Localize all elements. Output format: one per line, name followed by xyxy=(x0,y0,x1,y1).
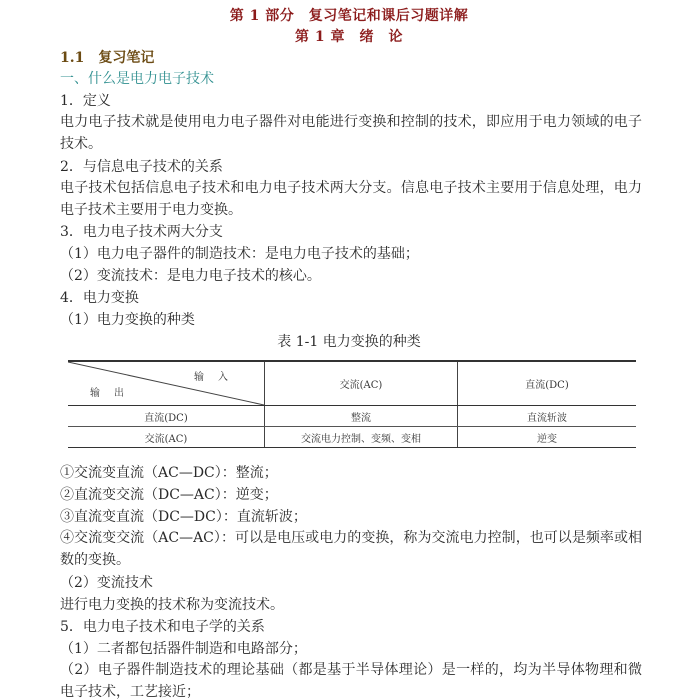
electronics-item-2: （2）电子器件制造技术的理论基础（都是基于半导体理论）是一样的，均为半导体物理和… xyxy=(60,659,642,700)
table-caption: 表 1-1 电力变换的种类 xyxy=(0,331,698,351)
column-header: 直流(DC) xyxy=(458,361,637,406)
definition-heading: 1．定义 xyxy=(60,91,111,111)
definition-text: 电力电子技术就是使用电力电子器件对电能进行变换和控制的技术，即应用于电力领域的电… xyxy=(60,111,642,155)
table-cell: 逆变 xyxy=(458,427,637,448)
part-title: 第 1 部分 复习笔记和课后习题详解 xyxy=(0,5,698,25)
list-item-2: ②直流变交流（DC—AC）：逆变； xyxy=(60,485,278,505)
corner-output-label: 输出 xyxy=(90,384,138,399)
conversion-tech-heading: （2）变流技术 xyxy=(60,573,153,593)
relation-text: 电子技术包括信息电子技术和电力电子技术两大分支。信息电子技术主要用于信息处理，电… xyxy=(60,177,642,221)
branch-item-2: （2）变流技术：是电力电子技术的核心。 xyxy=(60,266,321,286)
conversion-heading: 4．电力变换 xyxy=(60,288,139,308)
corner-input-label: 输入 xyxy=(194,368,242,383)
table-row: 直流(DC) 整流 直流斩波 xyxy=(68,406,636,427)
chapter-title: 第 1 章 绪 论 xyxy=(0,26,698,46)
table-cell: 直流斩波 xyxy=(458,406,637,427)
relation-heading: 2．与信息电子技术的关系 xyxy=(60,157,223,177)
electronics-item-1: （1）二者都包括器件制造和电路部分； xyxy=(60,639,307,659)
conversion-table: 输入 输出 交流(AC) 直流(DC) 直流(DC) 整流 直流斩波 交流(AC… xyxy=(68,360,636,448)
branch-item-1: （1）电力电子器件的制造技术：是电力电子技术的基础； xyxy=(60,244,419,264)
conversion-kinds-heading: （1）电力变换的种类 xyxy=(60,310,195,330)
section-heading: 1.1 复习笔记 xyxy=(60,48,154,68)
document-page: 第 1 部分 复习笔记和课后习题详解 第 1 章 绪 论 1.1 复习笔记 一、… xyxy=(0,0,698,700)
row-label: 交流(AC) xyxy=(68,427,265,448)
table-header-row: 输入 输出 交流(AC) 直流(DC) xyxy=(68,361,636,406)
electronics-heading: 5．电力电子技术和电子学的关系 xyxy=(60,617,265,637)
list-item-3: ③直流变直流（DC—DC）：直流斩波； xyxy=(60,507,307,527)
table-cell: 整流 xyxy=(265,406,458,427)
table-row: 交流(AC) 交流电力控制、变频、变相 逆变 xyxy=(68,427,636,448)
list-item-4: ④交流变交流（AC—AC）：可以是电压或电力的变换，称为交流电力控制，也可以是频… xyxy=(60,527,642,571)
conversion-tech-text: 进行电力变换的技术称为变流技术。 xyxy=(60,595,284,615)
table-corner-cell: 输入 输出 xyxy=(68,361,265,406)
branches-heading: 3．电力电子技术两大分支 xyxy=(60,222,223,242)
table-cell: 交流电力控制、变频、变相 xyxy=(265,427,458,448)
subsection-heading: 一、什么是电力电子技术 xyxy=(60,69,214,89)
row-label: 直流(DC) xyxy=(68,406,265,427)
column-header: 交流(AC) xyxy=(265,361,458,406)
list-item-1: ①交流变直流（AC—DC）：整流； xyxy=(60,463,278,483)
